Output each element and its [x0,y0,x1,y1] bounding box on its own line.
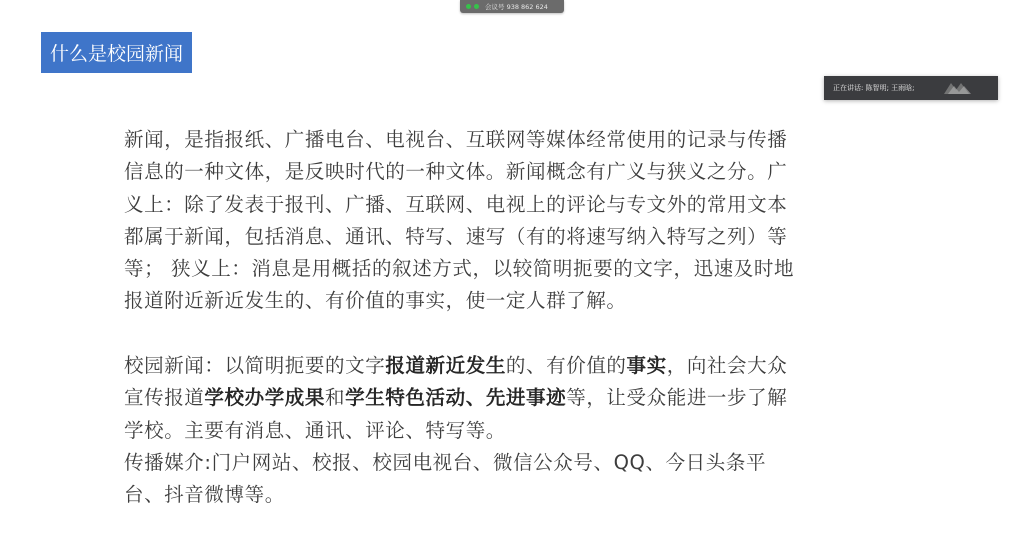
campus-news-paragraph: 校园新闻：以简明扼要的文字报道新近发生的、有价值的事实，向社会大众宣传报道学校办… [124,350,796,447]
network-status-icon [466,4,471,9]
meeting-id-bar[interactable]: 会议号 938 862 624 [460,0,564,13]
active-speakers-panel: 正在讲话: 陈智明; 王雨晗; [824,76,998,100]
news-definition-paragraph: 新闻，是指报纸、广播电台、电视台、互联网等媒体经常使用的记录与传播信息的一种文体… [124,124,796,318]
text-segment: 和 [325,386,345,409]
speaking-label: 正在讲话: 陈智明; 王雨晗; [833,83,915,93]
bold-text-segment: 学校办学成果 [204,386,325,409]
meeting-id-label: 会议号 938 862 624 [485,2,548,11]
text-segment: 的、有价值的 [506,354,627,377]
bold-text-segment: 学生特色活动、先进事迹 [345,386,566,409]
connection-status-icon [474,4,479,9]
paragraph-spacer [124,318,796,350]
text-segment: 校园新闻：以简明扼要的文字 [124,354,385,377]
media-channels-paragraph: 传播媒介:门户网站、校报、校园电视台、微信公众号、QQ、今日头条平台、抖音微博等… [124,447,796,512]
slide-body: 新闻，是指报纸、广播电台、电视台、互联网等媒体经常使用的记录与传播信息的一种文体… [124,124,796,512]
speaker-avatar-icon [942,80,974,96]
bold-text-segment: 报道新近发生 [385,354,506,377]
bold-text-segment: 事实 [627,354,667,377]
slide-title: 什么是校园新闻 [41,32,192,73]
